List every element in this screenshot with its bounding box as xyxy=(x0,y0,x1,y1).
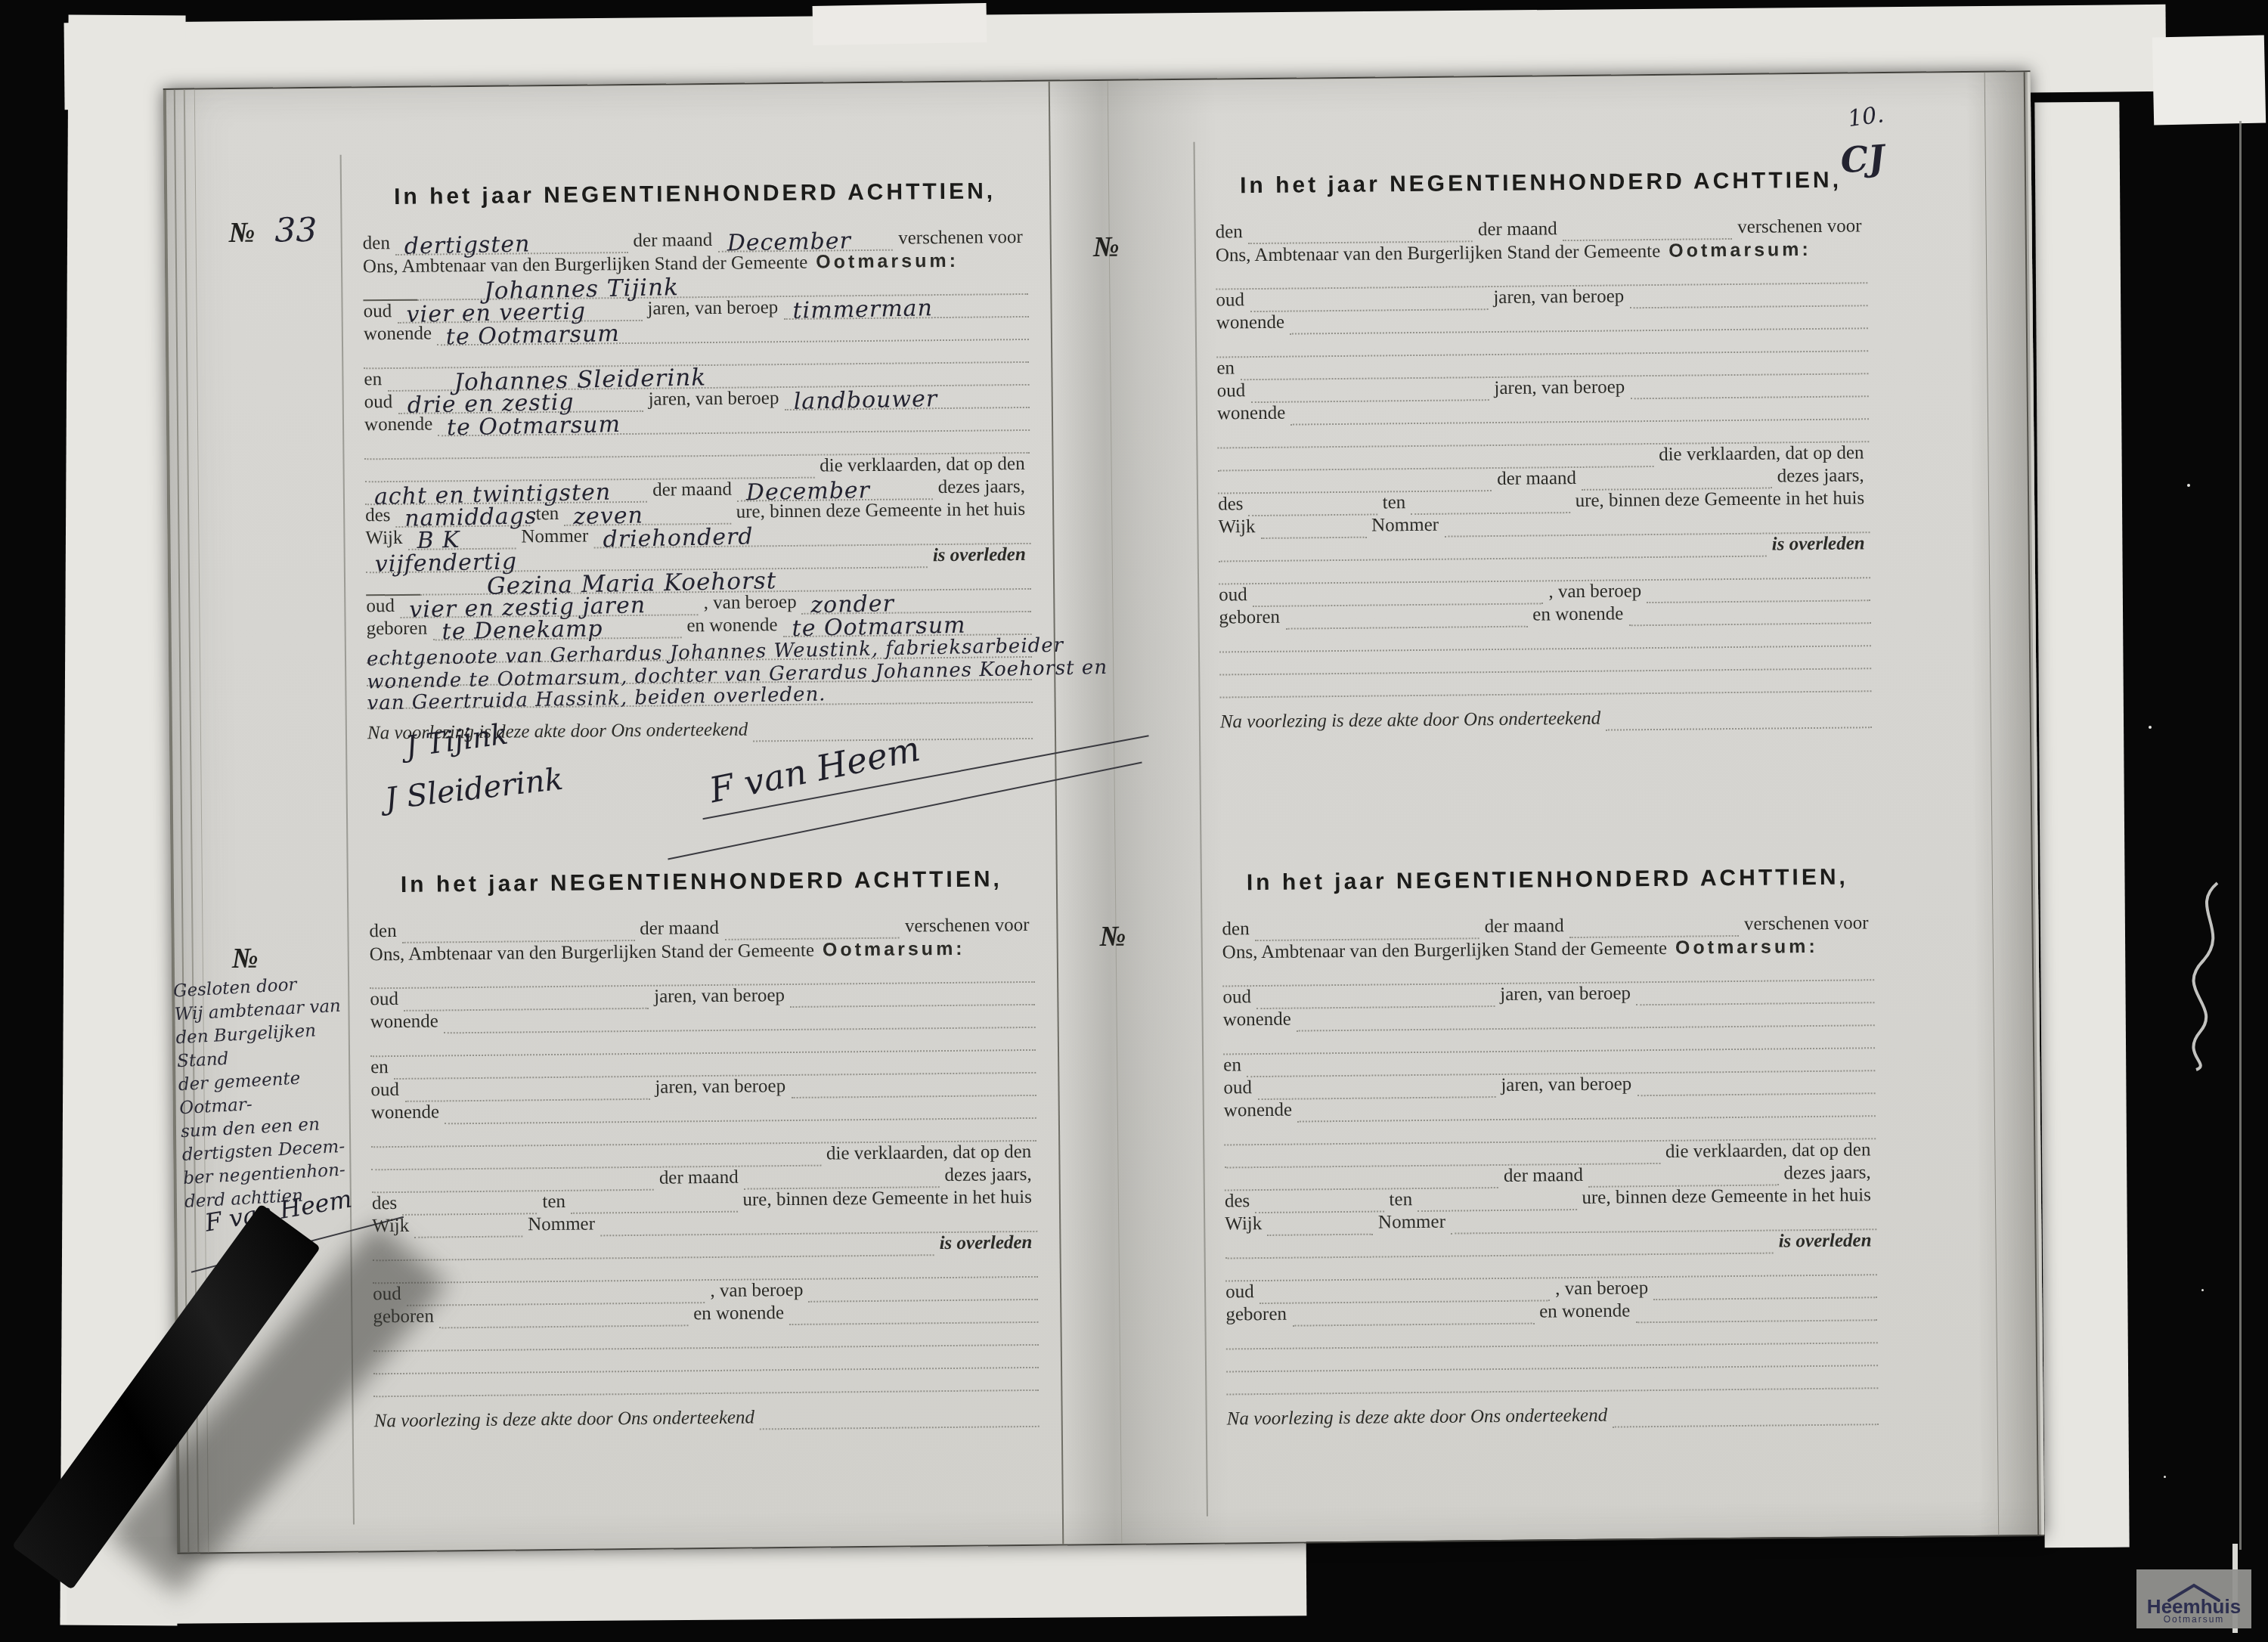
printed-label: den xyxy=(1216,222,1248,243)
printed-label: jaren, van beroep xyxy=(1495,1073,1637,1096)
blank-line xyxy=(1635,1298,1877,1323)
blank-line xyxy=(790,983,1036,1008)
printed-label: ure, binnen deze Gemeente in het huis xyxy=(1569,488,1870,512)
archive-photo: № 33 № № № 10. CJ In het jaar NEGENTIENH… xyxy=(0,0,2268,1642)
printed-label: Nommer xyxy=(1366,515,1444,537)
printed-label: des xyxy=(372,1193,403,1214)
printed-label: jaren, van beroep xyxy=(649,1076,791,1098)
printed-label: oud xyxy=(363,301,397,322)
printed-label: en xyxy=(364,369,387,390)
printed-label-is-overleden: is overleden xyxy=(928,544,1031,566)
printed-label: oud xyxy=(1217,380,1251,401)
dust-speck xyxy=(2164,1476,2166,1478)
blank-line xyxy=(1285,605,1527,630)
dust-speck xyxy=(2201,1289,2204,1291)
blank-line xyxy=(1563,217,1733,241)
printed-label: der maand xyxy=(1498,1165,1588,1187)
dust-speck xyxy=(2187,484,2190,487)
printed-label: die verklaarden, dat op den xyxy=(1660,1139,1876,1163)
printed-label: oud xyxy=(370,989,404,1010)
death-act-form-filled: In het jaar NEGENTIENHONDERD ACHTTIEN, d… xyxy=(362,178,1033,745)
blank-line xyxy=(1647,578,1870,603)
fill-line: timmerman xyxy=(783,295,1029,320)
printed-label: oud xyxy=(1225,1281,1259,1303)
blank-line xyxy=(1628,601,1870,626)
printed-label: jaren, van beroep xyxy=(1488,286,1629,308)
blank-line xyxy=(1253,581,1544,607)
handwritten-day: dertigsten xyxy=(404,231,531,259)
printed-label: jaren, van beroep xyxy=(1495,983,1636,1005)
rule-segment xyxy=(363,278,417,302)
printed-label: geboren xyxy=(1219,607,1285,629)
gemeente-name: Ootmarsum: xyxy=(820,938,968,962)
printed-label: , van beroep xyxy=(1543,581,1647,603)
printed-label: oud xyxy=(1216,290,1250,311)
backing-paper-top-right-block xyxy=(2152,35,2266,125)
white-thread xyxy=(2158,877,2242,1073)
book-gutter xyxy=(1048,80,1230,1544)
printed-label: ure, binnen deze Gemeente in het huis xyxy=(1576,1185,1876,1209)
printed-label: Wijk xyxy=(365,528,407,550)
fill-line: zeven xyxy=(564,502,731,526)
printed-label: Wijk xyxy=(1225,1213,1267,1235)
blank-line xyxy=(1267,1213,1373,1236)
act-number: № 33 xyxy=(228,211,317,250)
printed-label: der maand xyxy=(634,918,724,940)
fill-line: landbouwer xyxy=(784,386,1030,410)
fill-line: te Ootmarsum xyxy=(782,612,1031,637)
printed-label: den xyxy=(363,233,395,254)
printed-label-is-overleden: is overleden xyxy=(934,1232,1037,1254)
blank-line xyxy=(1417,1188,1577,1212)
printed-label: jaren, van beroep xyxy=(1489,376,1630,399)
printed-label: Wijk xyxy=(1218,516,1260,538)
printed-label-is-overleden: is overleden xyxy=(1773,1230,1876,1252)
no-symbol: № xyxy=(1093,231,1120,264)
witness2-signature: J Sleiderink xyxy=(383,762,565,817)
fill-line: driehonderd xyxy=(593,522,1031,549)
blank-line xyxy=(743,1165,939,1189)
blank-line xyxy=(414,1214,522,1238)
death-act-form-blank: In het jaar NEGENTIENHONDERD ACHTTIEN, d… xyxy=(369,866,1039,1433)
blank-line xyxy=(1256,984,1495,1009)
printed-label: verschenen voor xyxy=(1732,215,1867,238)
printed-label: Nommer xyxy=(1373,1212,1451,1234)
blank-line xyxy=(1292,1302,1534,1327)
fill-line: drie en zestig xyxy=(398,389,643,414)
printed-label: wonende xyxy=(370,1011,444,1033)
blank-line xyxy=(1444,510,1870,537)
blank-line xyxy=(1248,219,1473,244)
form-title: In het jaar NEGENTIENHONDERD ACHTTIEN, xyxy=(394,178,996,210)
backing-paper-top-notch xyxy=(813,3,987,45)
printed-label: oud xyxy=(1222,987,1256,1008)
printed-label: der maand xyxy=(647,479,737,501)
fill-line: B K xyxy=(407,526,516,550)
fill-line: acht en twintigsten xyxy=(365,480,647,506)
fill-line: December xyxy=(717,228,893,252)
blank-line xyxy=(401,919,634,943)
blank-line xyxy=(1606,705,1872,730)
death-register-book: № 33 № № № 10. CJ In het jaar NEGENTIENH… xyxy=(163,70,2044,1554)
printed-label: den xyxy=(1222,919,1254,940)
printed-label: geboren xyxy=(1225,1304,1292,1326)
fill-line: zonder xyxy=(801,590,1031,615)
blank-line xyxy=(439,1303,688,1328)
printed-label: oud xyxy=(1219,584,1253,606)
blank-line xyxy=(1225,1166,1499,1191)
blank-line xyxy=(791,1073,1036,1098)
blank-line xyxy=(404,1077,650,1102)
fill-line: vier en veertig xyxy=(397,299,643,324)
fill-line: te Denekamp xyxy=(432,615,681,640)
blank-line xyxy=(789,1300,1038,1325)
printed-label: wonende xyxy=(1223,1009,1297,1031)
printed-label: die verklaarden, dat op den xyxy=(814,454,1030,477)
handwritten-month: December xyxy=(727,228,851,256)
printed-label: en wonende xyxy=(1527,603,1628,625)
blank-line xyxy=(372,1168,654,1194)
printed-label: , van beroep xyxy=(705,1280,808,1302)
blank-line xyxy=(1248,493,1377,517)
printed-label-na-voorlezing: Na voorlezing is deze akte door Ons onde… xyxy=(374,1407,761,1432)
fill-line: vier en zestig jaren xyxy=(400,593,699,618)
printed-label: dezes jaars, xyxy=(1778,1162,1876,1184)
blank-line xyxy=(1218,469,1492,494)
blank-line xyxy=(600,1210,1038,1237)
printed-label: wonende xyxy=(1217,403,1291,425)
printed-label: en xyxy=(1223,1055,1247,1076)
blank-line xyxy=(1630,374,1869,399)
watermark-title: Heemhuis xyxy=(2147,1599,2241,1614)
blank-line xyxy=(1588,1163,1779,1187)
blank-line xyxy=(1250,287,1489,312)
printed-label: oud xyxy=(1223,1077,1257,1098)
blank-line xyxy=(1250,378,1489,403)
printed-label: ten xyxy=(537,1191,571,1213)
death-act-form-blank: In het jaar NEGENTIENHONDERD ACHTTIEN, d… xyxy=(1222,864,1879,1431)
form-title: In het jaar NEGENTIENHONDERD ACHTTIEN, xyxy=(401,866,1002,898)
blank-line xyxy=(1653,1275,1877,1300)
blank-line xyxy=(1257,1075,1496,1100)
form-title: In het jaar NEGENTIENHONDERD ACHTTIEN, xyxy=(1247,865,1848,897)
blank-line xyxy=(1636,981,1875,1005)
printed-label: ure, binnen deze Gemeente in het huis xyxy=(737,1187,1037,1211)
no-symbol: № xyxy=(228,217,255,249)
blank-line xyxy=(402,1191,537,1216)
gemeente-name: Ootmarsum: xyxy=(1672,936,1821,959)
printed-label: die verklaarden, dat op den xyxy=(1653,442,1870,466)
watermark-subtitle: Ootmarsum xyxy=(2164,1614,2225,1625)
printed-label: en wonende xyxy=(688,1303,789,1324)
blank-line xyxy=(1259,1278,1550,1304)
fill-line: dertigsten xyxy=(395,231,628,256)
blank-line xyxy=(1629,283,1868,308)
printed-label: wonende xyxy=(371,1101,445,1123)
form-title: In het jaar NEGENTIENHONDERD ACHTTIEN, xyxy=(1240,168,1842,200)
printed-label: den xyxy=(369,921,401,942)
printed-label: der maand xyxy=(1473,218,1563,240)
blank-line xyxy=(1411,491,1570,515)
gemeente-name: Ootmarsum: xyxy=(1665,239,1814,262)
act-number-value: 33 xyxy=(274,211,317,250)
printed-label: des xyxy=(1218,494,1249,515)
page-edge-texture xyxy=(1966,72,2045,1535)
printed-label: der maand xyxy=(627,230,717,252)
blank-line xyxy=(406,1281,705,1306)
printed-label: Ons, Ambtenaar van den Burgerlijken Stan… xyxy=(1216,241,1666,267)
printed-label: der maand xyxy=(654,1167,744,1189)
blank-line xyxy=(1260,516,1366,539)
printed-label: der maand xyxy=(1492,468,1582,490)
closing-note: Gesloten door Wij ambtenaar van den Burg… xyxy=(172,970,373,1214)
printed-label: dezes jaars, xyxy=(1771,465,1869,487)
printed-label: oud xyxy=(370,1080,404,1101)
printed-label: verschenen voor xyxy=(893,227,1028,249)
blank-line xyxy=(1613,1402,1879,1427)
fill-line: December xyxy=(737,477,933,501)
blank-line xyxy=(404,987,649,1012)
blank-line xyxy=(1254,916,1479,941)
blank-line xyxy=(1582,466,1772,490)
backing-paper-right xyxy=(2034,102,2129,1548)
printed-label: verschenen voor xyxy=(1739,912,1874,935)
printed-label-is-overleden: is overleden xyxy=(1767,533,1870,555)
film-edge-line xyxy=(2239,121,2242,1550)
printed-label-na-voorlezing: Na voorlezing is deze akte door Ons onde… xyxy=(1227,1405,1613,1430)
blank-line xyxy=(808,1278,1038,1303)
printed-label: dezes jaars, xyxy=(933,476,1030,498)
printed-label: dezes jaars, xyxy=(939,1164,1036,1186)
blank-line xyxy=(760,1405,1039,1430)
fill-line: namiddags xyxy=(395,503,530,528)
printed-label: ten xyxy=(1377,492,1411,513)
printed-label: en wonende xyxy=(1534,1300,1635,1322)
printed-label: , van beroep xyxy=(1550,1278,1653,1300)
no-symbol: № xyxy=(232,942,259,975)
printed-label: verschenen voor xyxy=(900,915,1035,937)
watermark: Heemhuis Ootmarsum xyxy=(2136,1569,2251,1628)
printed-label: oud xyxy=(366,596,400,617)
printed-label: jaren, van beroep xyxy=(649,985,790,1008)
blank-line xyxy=(1569,914,1739,938)
handwritten-death-month: December xyxy=(746,477,871,506)
printed-label: wonende xyxy=(1216,312,1290,334)
blank-line xyxy=(1255,1189,1384,1213)
printed-label: oud xyxy=(364,392,398,413)
blank-line xyxy=(1451,1207,1877,1234)
printed-label: des xyxy=(1225,1191,1256,1212)
handwritten-family-line: van Geertruida Hassink, beiden overleden… xyxy=(367,683,826,714)
folio-number: 10. xyxy=(1846,101,1885,132)
blank-line xyxy=(1637,1071,1876,1096)
no-symbol: № xyxy=(1099,920,1126,953)
printed-label: Ons, Ambtenaar van den Burgerlijken Stan… xyxy=(1222,938,1673,964)
printed-label: die verklaarden, dat op den xyxy=(821,1142,1037,1165)
printed-label: Ons, Ambtenaar van den Burgerlijken Stan… xyxy=(370,940,820,966)
printed-label: en xyxy=(370,1057,394,1078)
printed-label: wonende xyxy=(1224,1100,1298,1122)
blank-line xyxy=(724,916,900,940)
printed-label: Nommer xyxy=(522,1213,600,1235)
printed-label-na-voorlezing: Na voorlezing is deze akte door Ons onde… xyxy=(1220,708,1606,733)
blank-line xyxy=(571,1190,738,1214)
printed-label: en wonende xyxy=(681,615,782,637)
printed-label: der maand xyxy=(1479,915,1569,937)
printed-label: en xyxy=(1216,358,1240,379)
dust-speck xyxy=(2149,726,2152,729)
printed-label: ten xyxy=(1383,1189,1417,1210)
death-act-form-blank: In het jaar NEGENTIENHONDERD ACHTTIEN, d… xyxy=(1215,167,1872,734)
